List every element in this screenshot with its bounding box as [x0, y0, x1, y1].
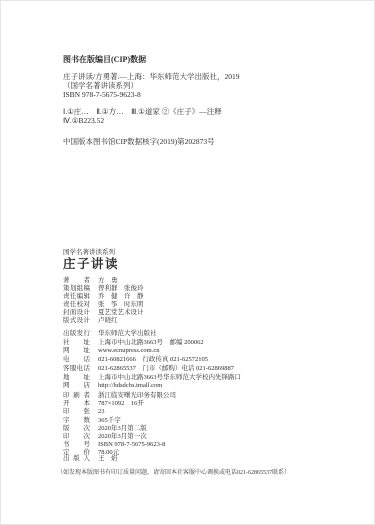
- publisher-row: 网址 www.ecnupress.com.cn: [63, 347, 241, 356]
- row-label: 印刷者: [63, 392, 90, 400]
- row-label: 封面设计: [63, 309, 90, 317]
- cip-header: 图书在版编目(CIP)数据: [63, 55, 323, 64]
- row-value: 787×1092 16开: [98, 400, 144, 408]
- row-label: 责任校对: [63, 301, 90, 309]
- row-value: 王 焰: [98, 454, 118, 463]
- cip-biblio-line: 庄子讲读/方勇著.—上海：华东师范大学出版社，2019: [63, 72, 323, 81]
- credit-row: 责任校对 张 筝 时东明: [63, 301, 144, 309]
- publisher-row: 出版发行 华东师范大学出版社: [63, 330, 241, 339]
- publisher-row: 地址 上海市中山北路3663号华东师范大学校内先锋路口: [63, 374, 241, 383]
- credit-row: 版式设计 卢晓红: [63, 317, 144, 325]
- row-label: 地址: [63, 374, 90, 383]
- row-value: 浙江临安曙光印务有限公司: [98, 392, 176, 400]
- row-value: 夏艺堂艺术设计: [98, 309, 144, 317]
- printing-section: 印刷者 浙江临安曙光印务有限公司 开本 787×1092 16开 印张 23 字…: [63, 392, 176, 458]
- row-value: 021-60821666 行政传真 021-62572105: [98, 356, 208, 365]
- printing-row: 印刷者 浙江临安曙光印务有限公司: [63, 392, 176, 400]
- cip-isbn-line: ISBN 978-7-5675-9623-8: [63, 90, 323, 99]
- publisher-person-row: 出版人 王 焰: [63, 454, 118, 463]
- row-value: www.ecnupress.com.cn: [98, 347, 160, 356]
- publisher-row: 客服电话 021-62865537 门市（邮购）电话 021-62869887: [63, 365, 241, 374]
- row-label: 著者: [63, 277, 90, 285]
- printing-row: 印张 23: [63, 408, 176, 416]
- printing-row: 印次 2020年3月第一次: [63, 433, 176, 441]
- row-label: 客服电话: [63, 365, 90, 374]
- row-value: 2020年3月第一次: [98, 433, 147, 441]
- row-value: 上海市中山北路3663号华东师范大学校内先锋路口: [98, 374, 241, 383]
- copyright-page: 图书在版编目(CIP)数据 庄子讲读/方勇著.—上海：华东师范大学出版社，201…: [0, 0, 375, 525]
- title-block: 国学名著讲读系列 庄子讲读: [63, 249, 119, 272]
- credits-section: 著者 方 勇 策划组稿 曾利群 张俊玲 责任编辑 乔 健 许 静 责任校对 张 …: [63, 277, 144, 325]
- row-label: 电话: [63, 356, 90, 365]
- row-label: 出版发行: [63, 330, 90, 339]
- cip-class-line-2: Ⅳ.①B223.52: [63, 116, 323, 125]
- row-value: 365千字: [98, 417, 121, 425]
- cip-series-line: （国学名著讲读系列）: [63, 81, 323, 90]
- publisher-section: 出版发行 华东师范大学出版社 社址 上海市中山北路3663号 邮编 200062…: [63, 330, 241, 391]
- row-value: 方 勇: [98, 277, 118, 285]
- row-value: 乔 健 许 静: [98, 293, 144, 301]
- row-label: 网址: [63, 347, 90, 356]
- credit-row: 著者 方 勇: [63, 277, 144, 285]
- book-title: 庄子讲读: [63, 257, 119, 272]
- row-value: 张 筝 时东明: [98, 301, 144, 309]
- publisher-person-section: 出版人 王 焰: [63, 454, 118, 463]
- row-value: 华东师范大学出版社: [98, 330, 157, 339]
- row-value: http://hdsdcbs.tmall.com: [98, 382, 162, 391]
- row-value: 2020年3月第二版: [98, 425, 147, 433]
- row-label: 字数: [63, 417, 90, 425]
- credit-row: 责任编辑 乔 健 许 静: [63, 293, 144, 301]
- row-label: 出版人: [63, 454, 90, 463]
- series-name: 国学名著讲读系列: [63, 249, 119, 257]
- cip-class-line-1: Ⅰ.①庄… Ⅱ.①方… Ⅲ.①道家 ②《庄子》—注释: [63, 107, 323, 116]
- row-value: 23: [98, 408, 105, 416]
- publisher-row: 电话 021-60821666 行政传真 021-62572105: [63, 356, 241, 365]
- row-label: 版式设计: [63, 317, 90, 325]
- row-value: 卢晓红: [98, 317, 118, 325]
- quality-notice-footnote: （如发现本版图书有印订质量问题，请寄回本社客服中心调换或电话021-628655…: [57, 470, 332, 477]
- printing-row: 字数 365千字: [63, 417, 176, 425]
- row-label: 印次: [63, 433, 90, 441]
- row-label: 策划组稿: [63, 285, 90, 293]
- row-label: 责任编辑: [63, 293, 90, 301]
- cip-section: 图书在版编目(CIP)数据 庄子讲读/方勇著.—上海：华东师范大学出版社，201…: [63, 55, 323, 146]
- credit-row: 封面设计 夏艺堂艺术设计: [63, 309, 144, 317]
- cip-classification: Ⅰ.①庄… Ⅱ.①方… Ⅲ.①道家 ②《庄子》—注释 Ⅳ.①B223.52: [63, 107, 323, 125]
- row-label: 网店: [63, 382, 90, 391]
- printing-row: 版次 2020年3月第二版: [63, 425, 176, 433]
- row-label: 印张: [63, 408, 90, 416]
- row-value: 021-62865537 门市（邮购）电话 021-62869887: [98, 365, 234, 374]
- row-value: 上海市中山北路3663号 邮编 200062: [98, 339, 204, 348]
- row-value: 曾利群 张俊玲: [98, 285, 144, 293]
- publisher-row: 网店 http://hdsdcbs.tmall.com: [63, 382, 241, 391]
- row-label: 版次: [63, 425, 90, 433]
- credit-row: 策划组稿 曾利群 张俊玲: [63, 285, 144, 293]
- cip-record-number: 中国版本图书馆CIP数据核字(2019)第202873号: [63, 137, 323, 146]
